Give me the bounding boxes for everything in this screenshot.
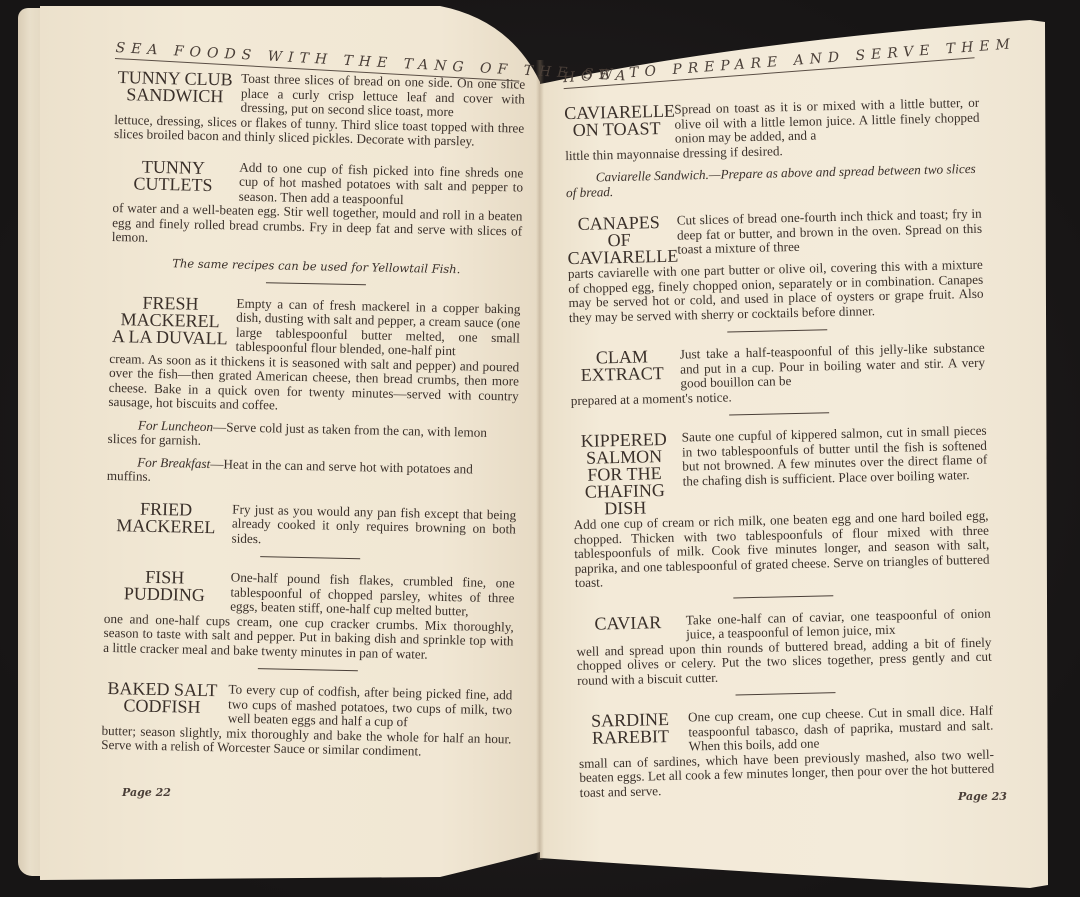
section-divider — [258, 668, 358, 671]
section-divider — [729, 412, 829, 415]
page-number-right: Page 23 — [958, 790, 1007, 803]
recipe-lead: To every cup of codfish, after being pic… — [228, 682, 513, 731]
recipe-title: BAKED SALT CODFISH — [102, 680, 229, 726]
recipe-body: one and one-half cups cream, one cup cra… — [103, 611, 514, 663]
luncheon-note: For Luncheon—Serve cold just as taken fr… — [107, 417, 518, 455]
recipe-title: SARDINE RAREBIT — [578, 711, 689, 757]
recipe-title: CAVIARELLE ON TOAST — [564, 103, 675, 149]
section-divider — [735, 692, 835, 695]
recipe-lead: Add to one cup of fish picked into fine … — [239, 160, 524, 209]
recipe-title: CAVIAR — [576, 613, 687, 644]
recipe-title: CLAM EXTRACT — [570, 348, 681, 394]
recipe-lead: One-half pound fish flakes, crumbled fin… — [230, 571, 515, 620]
recipe-title: CANAPES OF CAVIARELLE — [567, 214, 678, 267]
recipe-lead: Cut slices of bread one-fourth inch thic… — [677, 207, 983, 265]
caviarelle-sandwich-note: Caviarelle Sandwich.—Prepare as above an… — [566, 162, 982, 200]
recipe-body: cream. As soon as it thickens it is seas… — [108, 351, 519, 418]
recipe-body: Add one cup of cream or rich milk, one b… — [573, 509, 990, 591]
recipe-title: TUNNY CLUB SANDWICH — [114, 69, 241, 115]
recipe-clam-extract: CLAM EXTRACT Just take a half-teaspoonfu… — [570, 341, 986, 408]
section-divider — [727, 329, 827, 332]
recipe-fried-mackerel: FRIED MACKEREL Fry just as you would any… — [105, 499, 516, 551]
recipe-caviar: CAVIAR Take one-half can of caviar, one … — [576, 606, 993, 688]
recipe-title: KIPPERED SALMON FOR THE CHAFING DISH — [572, 431, 684, 518]
recipe-lead: Saute one cupful of kippered salmon, cut… — [682, 424, 989, 516]
recipe-tunny-club-sandwich: TUNNY CLUB SANDWICH Toast three slices o… — [114, 69, 525, 150]
recipe-body: of water and a well-beaten egg. Stir wel… — [112, 201, 523, 253]
section-divider — [260, 556, 360, 559]
recipe-sardine-rarebit: SARDINE RAREBIT One cup cream, one cup c… — [578, 704, 995, 800]
recipe-title: FRIED MACKEREL — [105, 499, 232, 545]
recipe-fresh-mackerel: FRESH MACKEREL A LA DUVALL Empty a can o… — [107, 293, 521, 492]
recipe-body: parts caviarelle with one part butter or… — [568, 258, 984, 325]
recipe-lead: Just take a half-teaspoonful of this jel… — [680, 341, 986, 391]
right-page-content: HOW TO PREPARE AND SERVE THEM CAVIARELLE… — [563, 61, 995, 806]
recipe-body: well and spread upon thin rounds of butt… — [576, 635, 992, 688]
note-label: Caviarelle Sandwich. — [596, 167, 709, 185]
recipe-fish-pudding: FISH PUDDING One-half pound fish flakes,… — [103, 568, 515, 664]
recipe-title: FRESH MACKEREL A LA DUVALL — [109, 293, 236, 354]
recipe-lead: Empty a can of fresh mackerel in a coppe… — [235, 296, 520, 360]
recipe-body: small can of sardines, which have been p… — [579, 747, 995, 800]
recipe-canapes-of-caviarelle: CANAPES OF CAVIARELLE Cut slices of brea… — [567, 207, 984, 325]
breakfast-note: For Breakfast—Heat in the can and serve … — [107, 454, 518, 492]
recipe-caviarelle-on-toast: CAVIARELLE ON TOAST Spread on toast as i… — [564, 96, 981, 200]
section-divider — [733, 595, 833, 598]
recipe-baked-salt-codfish: BAKED SALT CODFISH To every cup of codfi… — [101, 680, 512, 761]
recipe-lead: Spread on toast as it is or mixed with a… — [674, 96, 980, 146]
left-page-content: SEA FOODS WITH THE TANG OF THE SEA TUNNY… — [101, 40, 526, 767]
recipe-lead: Fry just as you would any pan fish excep… — [231, 502, 516, 551]
recipe-title: FISH PUDDING — [104, 568, 231, 614]
recipe-kippered-salmon: KIPPERED SALMON FOR THE CHAFING DISH Sau… — [572, 424, 990, 591]
recipe-title: TUNNY CUTLETS — [113, 157, 240, 203]
page-number-left: Page 22 — [122, 786, 171, 799]
book-gutter — [536, 60, 544, 860]
recipe-tunny-cutlets: TUNNY CUTLETS Add to one cup of fish pic… — [112, 157, 524, 253]
section-divider — [266, 282, 366, 285]
recipe-lead: One cup cream, one cup cheese. Cut in sm… — [688, 704, 994, 754]
yellowtail-note: The same recipes can be used for Yellowt… — [111, 254, 521, 277]
